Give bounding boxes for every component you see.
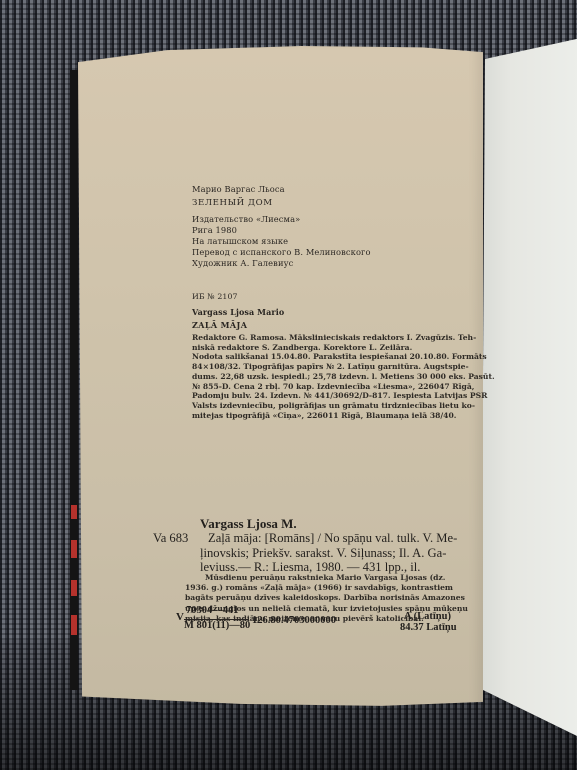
imprint-line: Padomju bulv. 24. Izdevn. № 441/30692/D-…	[192, 391, 487, 401]
imprint-line: № 855-D. Cena 2 rbļ. 70 kap. Izdevniecīb…	[192, 382, 474, 392]
index-letter: A (Latīņu)	[404, 611, 451, 622]
lv-author: Vargass Ljosa Mario	[192, 307, 284, 317]
book-spine	[70, 70, 78, 690]
ru-language: На латышском языке	[192, 236, 288, 246]
code-numerator: 70304—441	[184, 605, 241, 616]
ru-publisher: Издательство «Лиесма»	[192, 214, 300, 224]
imprint-line: mitejas tipogrāfijā «Cīņa», 226011 Rīgā,…	[192, 411, 456, 421]
code-denominator: M 801(11)—80	[184, 620, 250, 631]
imprint-line: dums. 22,68 uzsk. iespiedl.; 25,78 izdev…	[192, 372, 495, 382]
udc-code: 84.37 Latīņu	[400, 622, 457, 633]
imprint-line: niskā redaktore S. Zandberga. Korektore …	[192, 343, 412, 353]
bibliographic-line: Zaļā māja: [Romāns] / No spāņu val. tulk…	[208, 531, 457, 546]
lv-title: ZAĻĀ MĀJA	[192, 320, 247, 330]
facing-page	[481, 38, 577, 738]
ru-author: Марио Варгас Льоса	[192, 184, 285, 194]
card-heading: Vargass Ljosa M.	[200, 516, 297, 532]
imprint-line: Redaktore G. Ramosa. Mākslinieciskais re…	[192, 333, 476, 343]
ru-title: ЗЕЛЕНЫЙ ДОМ	[192, 198, 273, 208]
annotation-line: bagāts peruāņu dzīves kaleidoskops. Darb…	[185, 593, 465, 603]
ru-translation: Перевод с испанского В. Мелиновского	[192, 247, 371, 257]
ib-number: ИБ № 2107	[192, 292, 238, 301]
classification-code: 126.80.4703000000	[252, 615, 336, 626]
imprint-line: Valsts izdevniecību, poligrāfijas un grā…	[192, 401, 475, 411]
shelf-mark: Va 683	[153, 531, 188, 546]
ru-city-year: Рига 1980	[192, 225, 237, 235]
code-prefix: V	[176, 611, 184, 623]
annotation-line: Mūsdienu peruāņu rakstnieka Mario Vargas…	[205, 573, 445, 583]
imprint-line: 84×108/32. Tipogrāfijas papīrs № 2. Latī…	[192, 362, 469, 372]
annotation-line: 1936. g.) romāns «Zaļā māja» (1966) ir s…	[185, 583, 453, 593]
bibliographic-line: ļinovskis; Priekšv. sarakst. V. Siļunass…	[200, 546, 446, 561]
imprint-line: Nodota salikšanai 15.04.80. Parakstīta i…	[192, 352, 487, 362]
ru-illustrator: Художник А. Галевиус	[192, 258, 293, 268]
